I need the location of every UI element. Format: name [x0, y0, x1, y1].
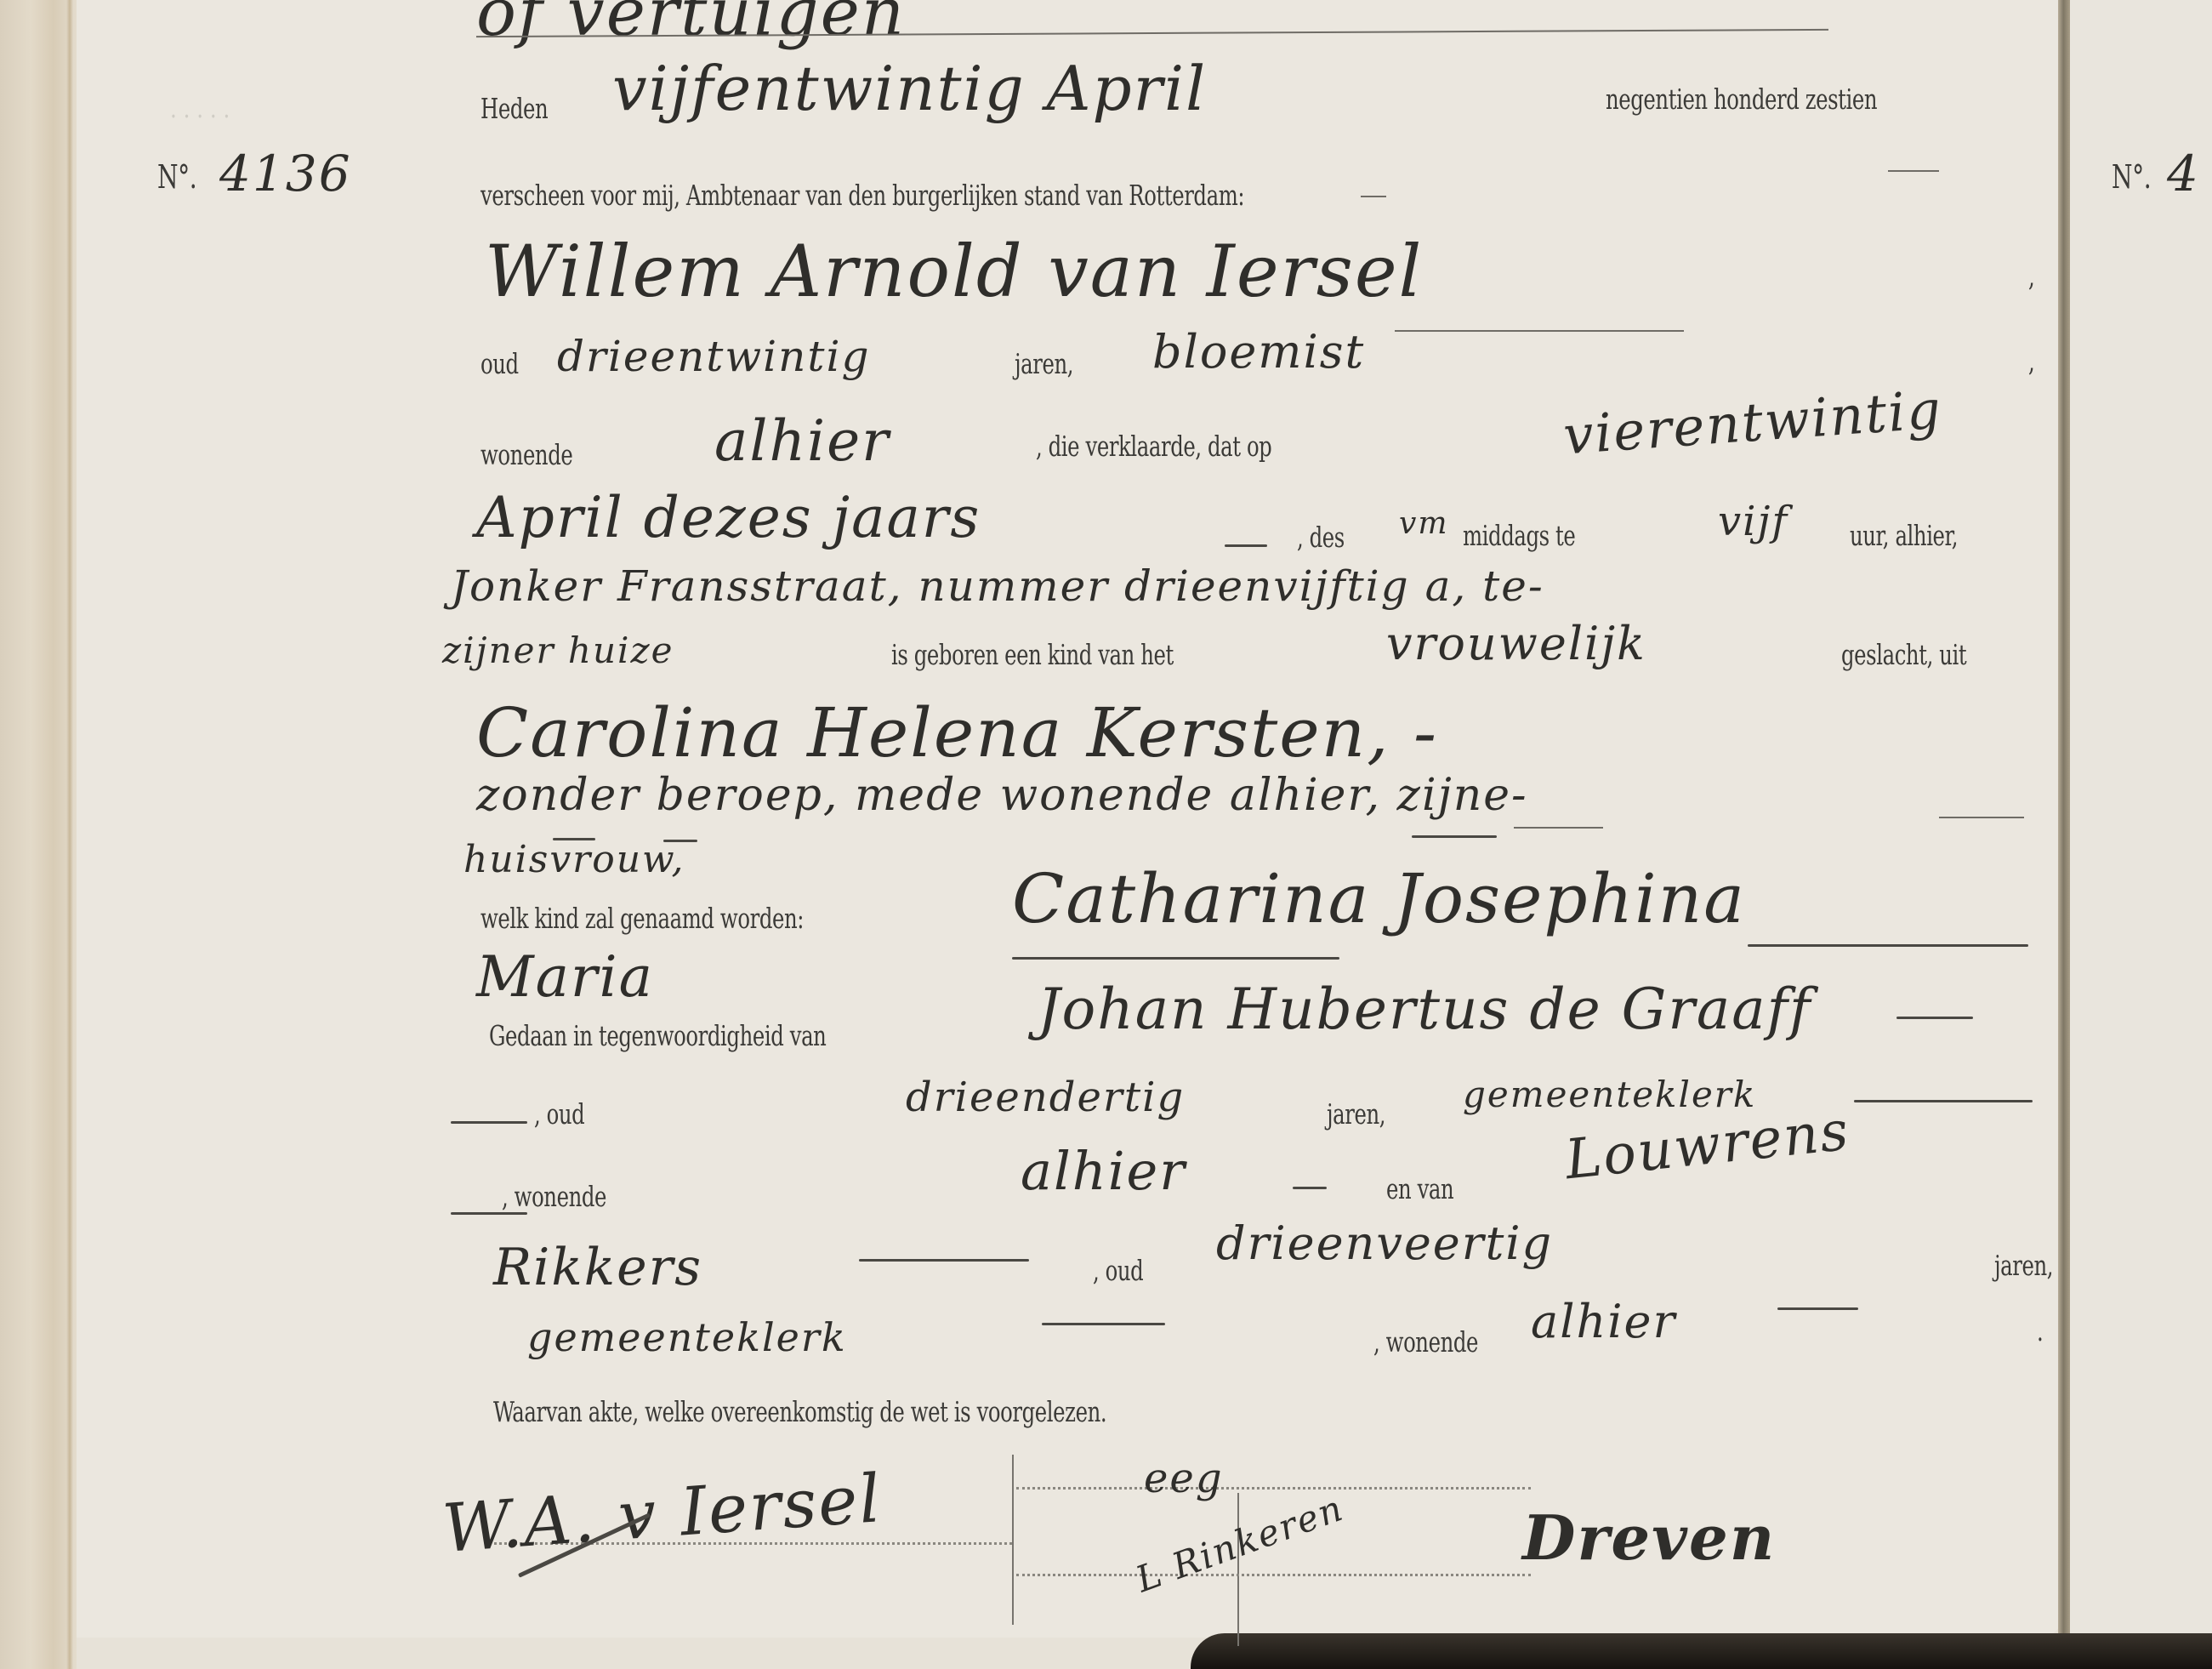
handwritten-age: drieentwintig	[557, 332, 870, 381]
next-certificate-number-label: N°.	[2112, 158, 2151, 196]
next-certificate-number: 4	[2167, 145, 2200, 202]
handwritten-mother-name: Carolina Helena Kersten, -	[476, 693, 1438, 772]
fill-rule	[859, 1259, 1029, 1262]
dash	[1361, 196, 1386, 197]
handwritten-mother-details: zonder beroep, mede wonende alhier, zijn…	[476, 770, 1528, 821]
handwritten-address: Jonker Fransstraat, nummer drieenvijftig…	[451, 561, 1544, 611]
handwritten-witness2-residence: alhier	[1531, 1295, 1676, 1348]
fill-rule	[1012, 957, 1339, 960]
handwritten-hour: vijf	[1718, 498, 1788, 545]
bleed-through-text: · · · · ·	[170, 102, 230, 132]
printed-des: , des	[1297, 521, 1345, 554]
printed-heden: Heden	[480, 92, 548, 125]
dash	[663, 840, 697, 842]
handwritten-witness1-age: drieendertig	[906, 1074, 1185, 1121]
handwritten-witness1-name: Johan Hubertus de Graaff	[1038, 977, 1811, 1042]
previous-page-edge	[0, 0, 77, 1669]
printed-year: negentien honderd zestien	[1606, 83, 1877, 116]
handwritten-occupation: bloemist	[1152, 325, 1365, 379]
bottom-shadow	[1191, 1633, 2212, 1669]
handwritten-child-name-continued: Maria	[476, 944, 654, 1010]
handwritten-date: vijfentwintig April	[612, 53, 1207, 124]
fill-rule	[1939, 817, 2024, 818]
printed-wonende: , wonende	[1373, 1325, 1478, 1359]
handwritten-place: zijner huize	[442, 629, 674, 671]
page-edge-shadow	[66, 0, 73, 1669]
certificate-number-label: N°.	[157, 158, 196, 196]
printed-oud: , oud	[534, 1097, 584, 1131]
book-gutter	[2058, 0, 2070, 1669]
printed-declared: , die verklaarde, dat op	[1036, 430, 1271, 463]
fill-rule	[1395, 330, 1684, 332]
fill-rule	[451, 1121, 527, 1124]
header-handwriting: of vertuigen	[476, 0, 906, 51]
dash	[1896, 1017, 1973, 1019]
dash	[553, 838, 595, 840]
handwritten-month: April dezes jaars	[476, 485, 981, 550]
printed-closing-statement: Waarvan akte, welke overeenkomstig de we…	[493, 1395, 1106, 1428]
handwritten-witness2-occupation: gemeenteklerk	[527, 1314, 847, 1360]
printed-geslacht: geslacht, uit	[1841, 638, 1966, 671]
handwritten-sex: vrouwelijk	[1386, 617, 1646, 670]
punctuation: .	[2037, 1314, 2043, 1347]
signature-line	[1016, 1487, 1531, 1490]
printed-jaren: jaren,	[1015, 347, 1073, 380]
printed-uur-alhier: uur, alhier,	[1850, 519, 1958, 552]
printed-child-named: welk kind zal genaamd worden:	[480, 902, 804, 935]
printed-oud: oud	[480, 347, 519, 380]
printed-oud: , oud	[1093, 1254, 1143, 1287]
printed-jaren: jaren,	[1994, 1249, 2053, 1282]
next-page-edge	[2070, 0, 2212, 1638]
printed-en-van: en van	[1386, 1172, 1453, 1205]
dash	[1777, 1307, 1858, 1310]
printed-wonende: , wonende	[502, 1180, 606, 1213]
punctuation: ,	[2028, 345, 2034, 378]
dash	[1225, 544, 1267, 547]
punctuation: ,	[2028, 259, 2034, 293]
printed-appeared-before: verscheen voor mij, Ambtenaar van den bu…	[480, 179, 1244, 212]
handwritten-am-pm: vm	[1399, 506, 1448, 541]
handwritten-residence: alhier	[714, 408, 890, 474]
dash	[1888, 170, 1939, 172]
handwritten-relation: huisvrouw,	[463, 838, 685, 881]
handwritten-witness2-last-name: Rikkers	[493, 1238, 702, 1297]
printed-wonende: wonende	[480, 438, 572, 471]
handwritten-witness1-residence: alhier	[1021, 1140, 1186, 1202]
signature-witness1: eeg	[1144, 1455, 1224, 1502]
fill-rule	[1748, 944, 2028, 947]
handwritten-witness2-age: drieenveertig	[1216, 1216, 1553, 1270]
printed-in-presence-of: Gedaan in tegenwoordigheid van	[489, 1019, 826, 1052]
certificate-number: 4136	[219, 145, 352, 202]
printed-middags: middags te	[1463, 519, 1575, 552]
handwritten-declarant-name: Willem Arnold van Iersel	[485, 230, 1423, 313]
fill-rule	[1854, 1100, 2033, 1102]
signature-divider	[1012, 1455, 1014, 1625]
printed-born: is geboren een kind van het	[891, 638, 1174, 671]
printed-jaren: jaren,	[1327, 1097, 1385, 1131]
signature-registrar: Dreven	[1522, 1501, 1776, 1574]
handwritten-witness1-occupation: gemeenteklerk	[1463, 1074, 1756, 1115]
signature-line	[1016, 1574, 1531, 1576]
signature-divider	[1237, 1493, 1239, 1646]
fill-rule	[1514, 827, 1603, 829]
dash	[1293, 1187, 1327, 1189]
fill-rule	[1042, 1323, 1165, 1325]
dash	[1412, 835, 1497, 838]
handwritten-child-name: Catharina Josephina	[1012, 859, 1746, 938]
